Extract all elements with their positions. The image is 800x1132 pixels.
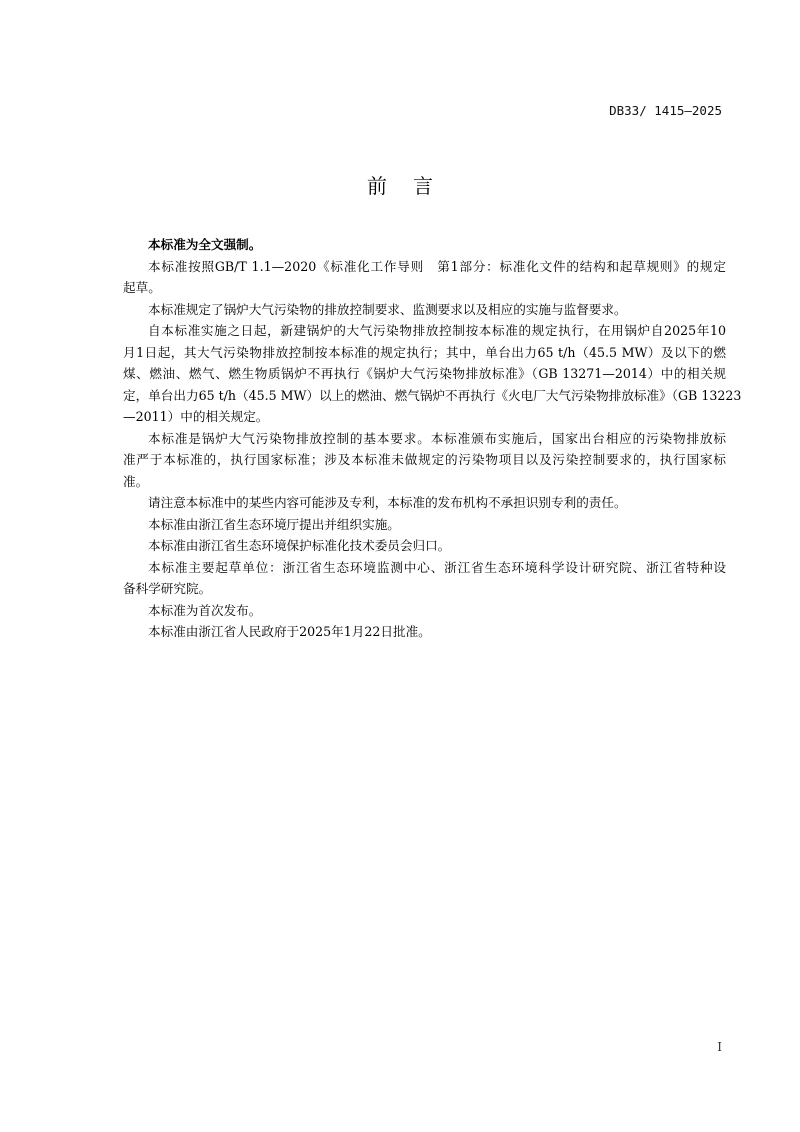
text-line: 起草。	[98, 277, 726, 299]
text-line: 定，单台出力65 t/h（45.5 MW）以上的燃油、燃气锅炉不再执行《火电厂大…	[98, 385, 726, 407]
document-page: DB33/ 1415—2025 前言 本标准为全文强制。 本标准按照GB/T 1…	[0, 0, 800, 1132]
text-line: 本标准主要起草单位：浙江省生态环境监测中心、浙江省生态环境科学设计研究院、浙江省…	[98, 557, 726, 579]
text-line: 请注意本标准中的某些内容可能涉及专利，本标准的发布机构不承担识别专利的责任。	[98, 492, 726, 514]
text-line: 本标准规定了锅炉大气污染物的排放控制要求、监测要求以及相应的实施与监督要求。	[98, 299, 726, 321]
text-line: 本标准是锅炉大气污染物排放控制的基本要求。本标准颁布实施后，国家出台相应的污染物…	[98, 428, 726, 450]
page-title: 前言	[0, 170, 800, 199]
text-line: 准。	[98, 471, 726, 493]
text-line: —2011）中的相关规定。	[98, 406, 726, 428]
paragraph-technical-committee: 本标准由浙江省生态环境保护标准化技术委员会归口。	[98, 535, 726, 557]
text-line: 备科学研究院。	[98, 578, 726, 600]
text-line: 月1日起，其大气污染物排放控制按本标准的规定执行；其中，单台出力65 t/h（4…	[98, 342, 726, 364]
page-number: I	[717, 1040, 722, 1054]
paragraph-approval: 本标准由浙江省人民政府于2025年1月22日批准。	[98, 621, 726, 643]
text-line: 煤、燃油、燃气、燃生物质锅炉不再执行《锅炉大气污染物排放标准》（GB 13271…	[98, 363, 726, 385]
text-line: 本标准由浙江省人民政府于2025年1月22日批准。	[98, 621, 726, 643]
paragraph-drafting-rules: 本标准按照GB/T 1.1—2020《标准化工作导则 第1部分：标准化文件的结构…	[98, 256, 726, 299]
paragraph-patent-notice: 请注意本标准中的某些内容可能涉及专利，本标准的发布机构不承担识别专利的责任。	[98, 492, 726, 514]
paragraph-basic-requirements: 本标准是锅炉大气污染物排放控制的基本要求。本标准颁布实施后，国家出台相应的污染物…	[98, 428, 726, 493]
paragraph-proposer: 本标准由浙江省生态环境厅提出并组织实施。	[98, 514, 726, 536]
paragraph-scope: 本标准规定了锅炉大气污染物的排放控制要求、监测要求以及相应的实施与监督要求。	[98, 299, 726, 321]
paragraph-mandatory: 本标准为全文强制。	[98, 234, 726, 256]
text-line: 本标准由浙江省生态环境厅提出并组织实施。	[98, 514, 726, 536]
text-line: 本标准为全文强制。	[98, 234, 726, 256]
text-line: 本标准按照GB/T 1.1—2020《标准化工作导则 第1部分：标准化文件的结构…	[98, 256, 726, 278]
text-line: 自本标准实施之日起，新建锅炉的大气污染物排放控制按本标准的规定执行，在用锅炉自2…	[98, 320, 726, 342]
text-line: 本标准为首次发布。	[98, 600, 726, 622]
document-code: DB33/ 1415—2025	[609, 103, 722, 118]
text-line: 准严于本标准的，执行国家标准；涉及本标准未做规定的污染物项目以及污染控制要求的，…	[98, 449, 726, 471]
text-line: 本标准由浙江省生态环境保护标准化技术委员会归口。	[98, 535, 726, 557]
foreword-body: 本标准为全文强制。 本标准按照GB/T 1.1—2020《标准化工作导则 第1部…	[98, 234, 726, 643]
paragraph-drafting-units: 本标准主要起草单位：浙江省生态环境监测中心、浙江省生态环境科学设计研究院、浙江省…	[98, 557, 726, 600]
paragraph-implementation: 自本标准实施之日起，新建锅炉的大气污染物排放控制按本标准的规定执行，在用锅炉自2…	[98, 320, 726, 428]
paragraph-first-release: 本标准为首次发布。	[98, 600, 726, 622]
